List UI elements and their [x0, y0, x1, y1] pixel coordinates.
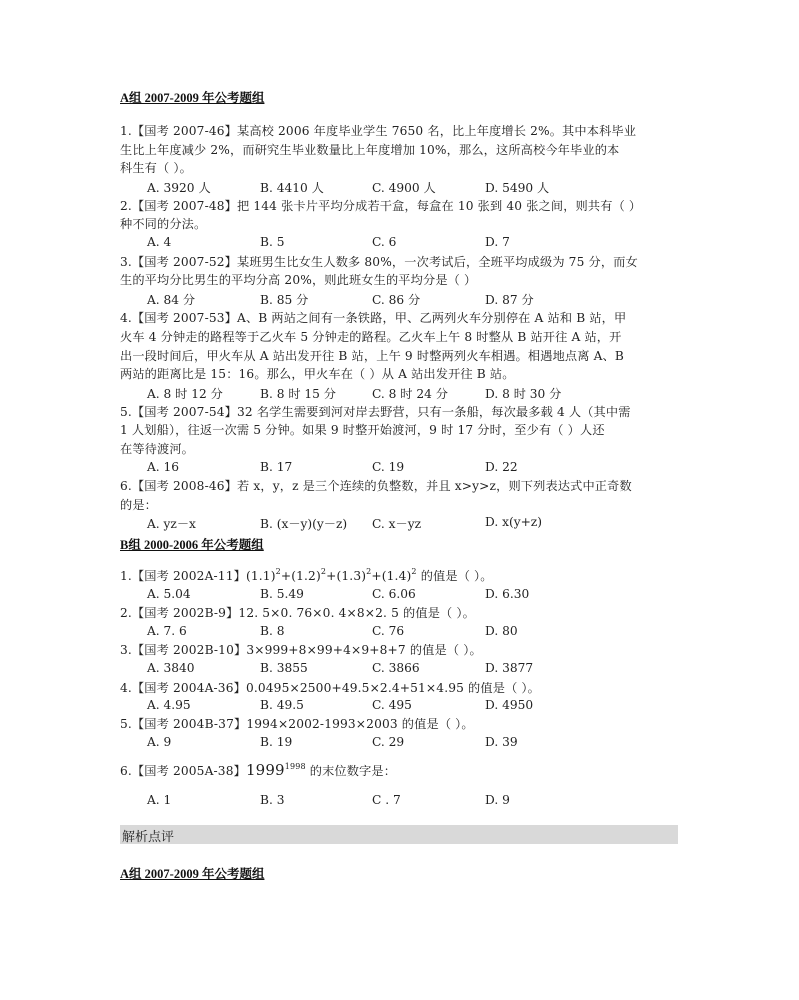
question-a4-line-2: 火车 4 分钟走的路程等于乙火车 5 分钟走的路程。乙火车上午 8 时整从 B …: [120, 328, 680, 347]
option-d: D. 6.30: [485, 587, 529, 601]
option-a: A. 4.95: [147, 698, 191, 712]
option-a: A. 84 分: [147, 291, 195, 308]
question-b1-options: A. 5.04 B. 5.49 C. 6.06 D. 6.30: [0, 587, 700, 605]
option-d: D. 7: [485, 235, 510, 249]
option-c: C. x－yz: [372, 515, 421, 532]
question-a6-line-1: 6.【国考 2008-46】若 x，y，z 是三个连续的负整数，并且 x>y>z…: [120, 477, 680, 496]
question-a3-line-2: 生的平均分比男生的平均分高 20%，则此班女生的平均分是（ ）: [120, 271, 680, 290]
option-d: D. 5490 人: [485, 179, 549, 196]
question-a4-line-3: 出一段时间后，甲火车从 A 站出发开往 B 站，上午 9 时整两列火车相遇。相遇…: [120, 347, 680, 366]
group-b-heading: B组 2000-2006 年公考题组: [120, 535, 264, 553]
analysis-section-bar: 解析点评: [120, 825, 678, 844]
analysis-section-title: 解析点评: [122, 826, 174, 845]
question-b1-line: 1.【国考 2002A-11】(1.1)2+(1.2)2+(1.3)2+(1.4…: [120, 567, 680, 586]
option-b: B. 85 分: [260, 291, 308, 308]
question-a1-line-2: 生比上年度减少 2%，而研究生毕业数量比上年度增加 10%，那么，这所高校今年毕…: [120, 141, 680, 160]
question-b5-line: 5.【国考 2004B-37】1994×2002-1993×2003 的值是（ …: [120, 715, 680, 734]
option-d: D. x(y+z): [485, 515, 542, 529]
document-page: A组 2007-2009 年公考题组 1.【国考 2007-46】某高校 200…: [0, 0, 799, 1000]
question-b5-options: A. 9 B. 19 C. 29 D. 39: [0, 735, 700, 753]
power-base: 1999: [246, 761, 285, 779]
question-a4-line-4: 两站的距离比是 15：16。那么，甲火车在（ ）从 A 站出发开往 B 站。: [120, 365, 680, 384]
option-a: A. 3920 人: [147, 179, 211, 196]
option-b: B. 17: [260, 460, 292, 474]
option-a: A. 9: [147, 735, 171, 749]
option-c: C. 4900 人: [372, 179, 436, 196]
question-b6-line: 6.【国考 2005A-38】19991998 的末位数字是：: [120, 761, 680, 781]
question-b6-suffix: 的末位数字是：: [310, 764, 396, 778]
option-b: B. 3: [260, 793, 284, 807]
option-d: D. 4950: [485, 698, 533, 712]
option-b: B. 8 时 15 分: [260, 385, 336, 402]
option-a: A. 3840: [147, 661, 195, 675]
question-a1-options: A. 3920 人 B. 4410 人 C. 4900 人 D. 5490 人: [0, 179, 700, 197]
question-b6-options: A. 1 B. 3 C . 7 D. 9: [0, 793, 700, 811]
option-c: C. 6: [372, 235, 396, 249]
question-a4-options: A. 8 时 12 分 B. 8 时 15 分 C. 8 时 24 分 D. 8…: [0, 385, 700, 403]
option-a: A. 8 时 12 分: [147, 385, 223, 402]
expr-term: (1.1): [246, 569, 276, 583]
option-b: B. (x－y)(y－z): [260, 515, 347, 532]
option-b: B. 5: [260, 235, 284, 249]
option-b: B. 3855: [260, 661, 308, 675]
option-c: C. 495: [372, 698, 412, 712]
question-a6-line-2: 的是：: [120, 496, 680, 515]
power-exponent: 1998: [285, 762, 306, 771]
option-c: C. 6.06: [372, 587, 416, 601]
option-c: C . 7: [372, 793, 401, 807]
option-c: C. 29: [372, 735, 404, 749]
question-a3-options: A. 84 分 B. 85 分 C. 86 分 D. 87 分: [0, 291, 700, 309]
option-a: A. 5.04: [147, 587, 191, 601]
option-b: B. 49.5: [260, 698, 304, 712]
option-a: A. 16: [147, 460, 179, 474]
option-a: A. yz－x: [147, 515, 196, 532]
option-b: B. 5.49: [260, 587, 304, 601]
expr-term: +(1.3): [326, 569, 366, 583]
exponent: 2: [411, 567, 416, 576]
option-c: C. 19: [372, 460, 404, 474]
option-b: B. 4410 人: [260, 179, 324, 196]
question-a2-line-1: 2.【国考 2007-48】把 144 张卡片平均分成若干盒，每盒在 10 张到…: [120, 197, 680, 216]
option-d: D. 87 分: [485, 291, 534, 308]
option-d: D. 80: [485, 624, 518, 638]
question-a1-line-1: 1.【国考 2007-46】某高校 2006 年度毕业学生 7650 名，比上年…: [120, 122, 680, 141]
option-a: A. 4: [147, 235, 171, 249]
option-d: D. 9: [485, 793, 510, 807]
question-a2-line-2: 种不同的分法。: [120, 215, 680, 234]
expr-term: +(1.2): [281, 569, 321, 583]
option-d: D. 3877: [485, 661, 533, 675]
option-b: B. 8: [260, 624, 284, 638]
question-a5-line-3: 在等待渡河。: [120, 440, 680, 459]
option-a: A. 7. 6: [147, 624, 187, 638]
option-c: C. 8 时 24 分: [372, 385, 448, 402]
question-b1-suffix: 的值是（ ）。: [421, 569, 493, 583]
question-b2-line: 2.【国考 2002B-9】12. 5×0. 76×0. 4×8×2. 5 的值…: [120, 604, 680, 623]
option-c: C. 86 分: [372, 291, 420, 308]
question-b3-line: 3.【国考 2002B-10】3×999+8×99+4×9+8+7 的值是（ ）…: [120, 641, 680, 660]
expr-term: +(1.4): [371, 569, 411, 583]
question-b2-options: A. 7. 6 B. 8 C. 76 D. 80: [0, 624, 700, 642]
question-b4-options: A. 4.95 B. 49.5 C. 495 D. 4950: [0, 698, 700, 716]
question-a5-options: A. 16 B. 17 C. 19 D. 22: [0, 460, 700, 478]
question-a5-line-1: 5.【国考 2007-54】32 名学生需要到河对岸去野营，只有一条船，每次最多…: [120, 403, 680, 422]
question-a6-options: A. yz－x B. (x－y)(y－z) C. x－yz D. x(y+z): [0, 515, 700, 533]
option-d: D. 39: [485, 735, 518, 749]
question-a2-options: A. 4 B. 5 C. 6 D. 7: [0, 235, 700, 253]
question-a1-line-3: 科生有（ ）。: [120, 159, 680, 178]
option-b: B. 19: [260, 735, 292, 749]
option-a: A. 1: [147, 793, 171, 807]
analysis-group-a-heading: A组 2007-2009 年公考题组: [120, 864, 264, 882]
question-b4-line: 4.【国考 2004A-36】0.0495×2500+49.5×2.4+51×4…: [120, 679, 680, 698]
question-a4-line-1: 4.【国考 2007-53】A、B 两站之间有一条铁路，甲、乙两列火车分别停在 …: [120, 309, 680, 328]
option-c: C. 3866: [372, 661, 420, 675]
group-a-heading: A组 2007-2009 年公考题组: [120, 88, 264, 106]
option-c: C. 76: [372, 624, 404, 638]
option-d: D. 22: [485, 460, 518, 474]
question-b3-options: A. 3840 B. 3855 C. 3866 D. 3877: [0, 661, 700, 679]
option-d: D. 8 时 30 分: [485, 385, 561, 402]
question-b1-prefix: 1.【国考 2002A-11】: [120, 569, 246, 583]
question-a5-line-2: 1 人划船），往返一次需 5 分钟。如果 9 时整开始渡河，9 时 17 分时，…: [120, 421, 680, 440]
question-b6-prefix: 6.【国考 2005A-38】: [120, 764, 246, 778]
question-a3-line-1: 3.【国考 2007-52】某班男生比女生人数多 80%，一次考试后，全班平均成…: [120, 253, 680, 272]
